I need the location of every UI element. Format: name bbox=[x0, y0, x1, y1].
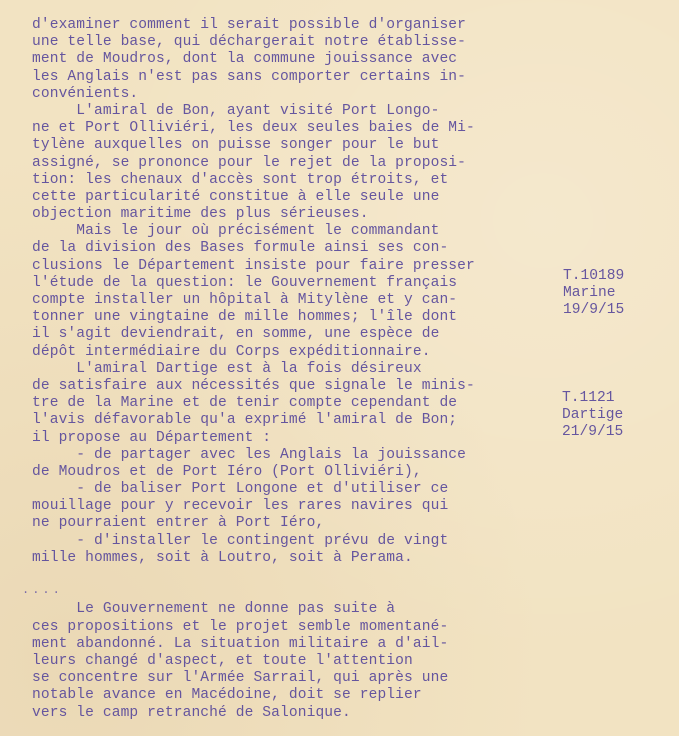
text-line: L'amiral de Bon, ayant visité Port Longo… bbox=[32, 103, 552, 120]
text-line: d'examiner comment il serait possible d'… bbox=[32, 17, 552, 34]
text-line: de la division des Bases formule ainsi s… bbox=[32, 240, 552, 257]
text-line: clusions le Département insiste pour fai… bbox=[32, 258, 552, 275]
text-line: L'amiral Dartige est à la fois désireux bbox=[32, 361, 552, 378]
spacer bbox=[32, 567, 552, 584]
text-block-1: d'examiner comment il serait possible d'… bbox=[32, 17, 552, 567]
text-line: l'étude de la question: le Gouvernement … bbox=[32, 275, 552, 292]
text-line: vers le camp retranché de Salonique. bbox=[32, 705, 552, 722]
margin-reference-1: T.10189 Marine 19/9/15 bbox=[563, 268, 624, 320]
text-line: - d'installer le contingent prévu de vin… bbox=[32, 533, 552, 550]
text-line: tre de la Marine et de tenir compte cepe… bbox=[32, 395, 552, 412]
text-line: l'avis défavorable qu'a exprimé l'amiral… bbox=[32, 412, 552, 429]
margin-ref-date: 19/9/15 bbox=[563, 302, 624, 319]
separator-dots: .... bbox=[22, 583, 63, 597]
text-line: leurs changé d'aspect, et toute l'attent… bbox=[32, 653, 552, 670]
text-line: assigné, se prononce pour le rejet de la… bbox=[32, 155, 552, 172]
text-line: il propose au Département : bbox=[32, 430, 552, 447]
text-line: ne pourraient entrer à Port Iéro, bbox=[32, 515, 552, 532]
text-line: mouillage pour y recevoir les rares navi… bbox=[32, 498, 552, 515]
text-line: - de baliser Port Longone et d'utiliser … bbox=[32, 481, 552, 498]
text-line: Mais le jour où précisément le commandan… bbox=[32, 223, 552, 240]
typewritten-page: d'examiner comment il serait possible d'… bbox=[0, 0, 679, 736]
text-line: de satisfaire aux nécessités que signale… bbox=[32, 378, 552, 395]
text-line: convénients. bbox=[32, 86, 552, 103]
text-line: - de partager avec les Anglais la jouiss… bbox=[32, 447, 552, 464]
text-line: cette particularité constitue à elle seu… bbox=[32, 189, 552, 206]
margin-reference-2: T.1121 Dartige 21/9/15 bbox=[562, 390, 623, 442]
text-line: se concentre sur l'Armée Sarrail, qui ap… bbox=[32, 670, 552, 687]
margin-ref-source: Dartige bbox=[562, 407, 623, 424]
text-line: tonner une vingtaine de mille hommes; l'… bbox=[32, 309, 552, 326]
text-block-2: Le Gouvernement ne donne pas suite à ces… bbox=[32, 601, 552, 721]
margin-ref-source: Marine bbox=[563, 285, 624, 302]
text-line: notable avance en Macédoine, doit se rep… bbox=[32, 687, 552, 704]
text-line: de Moudros et de Port Iéro (Port Ollivié… bbox=[32, 464, 552, 481]
text-line: il s'agit deviendrait, en somme, une esp… bbox=[32, 326, 552, 343]
text-line: ment de Moudros, dont la commune jouissa… bbox=[32, 51, 552, 68]
text-line: ne et Port Olliviéri, les deux seules ba… bbox=[32, 120, 552, 137]
text-line: une telle base, qui déchargerait notre é… bbox=[32, 34, 552, 51]
spacer bbox=[32, 584, 552, 601]
text-line: les Anglais n'est pas sans comporter cer… bbox=[32, 69, 552, 86]
text-line: dépôt intermédiaire du Corps expéditionn… bbox=[32, 344, 552, 361]
margin-ref-number: T.1121 bbox=[562, 390, 623, 407]
text-line: tion: les chenaux d'accès sont trop étro… bbox=[32, 172, 552, 189]
main-text: d'examiner comment il serait possible d'… bbox=[32, 17, 552, 722]
text-line: objection maritime des plus sérieuses. bbox=[32, 206, 552, 223]
text-line: ment abandonné. La situation militaire a… bbox=[32, 636, 552, 653]
text-line: compte installer un hôpital à Mitylène e… bbox=[32, 292, 552, 309]
margin-ref-date: 21/9/15 bbox=[562, 424, 623, 441]
text-line: Le Gouvernement ne donne pas suite à bbox=[32, 601, 552, 618]
text-line: mille hommes, soit à Loutro, soit à Pera… bbox=[32, 550, 552, 567]
text-line: tylène auxquelles on puisse songer pour … bbox=[32, 137, 552, 154]
text-line: ces propositions et le projet semble mom… bbox=[32, 619, 552, 636]
margin-ref-number: T.10189 bbox=[563, 268, 624, 285]
